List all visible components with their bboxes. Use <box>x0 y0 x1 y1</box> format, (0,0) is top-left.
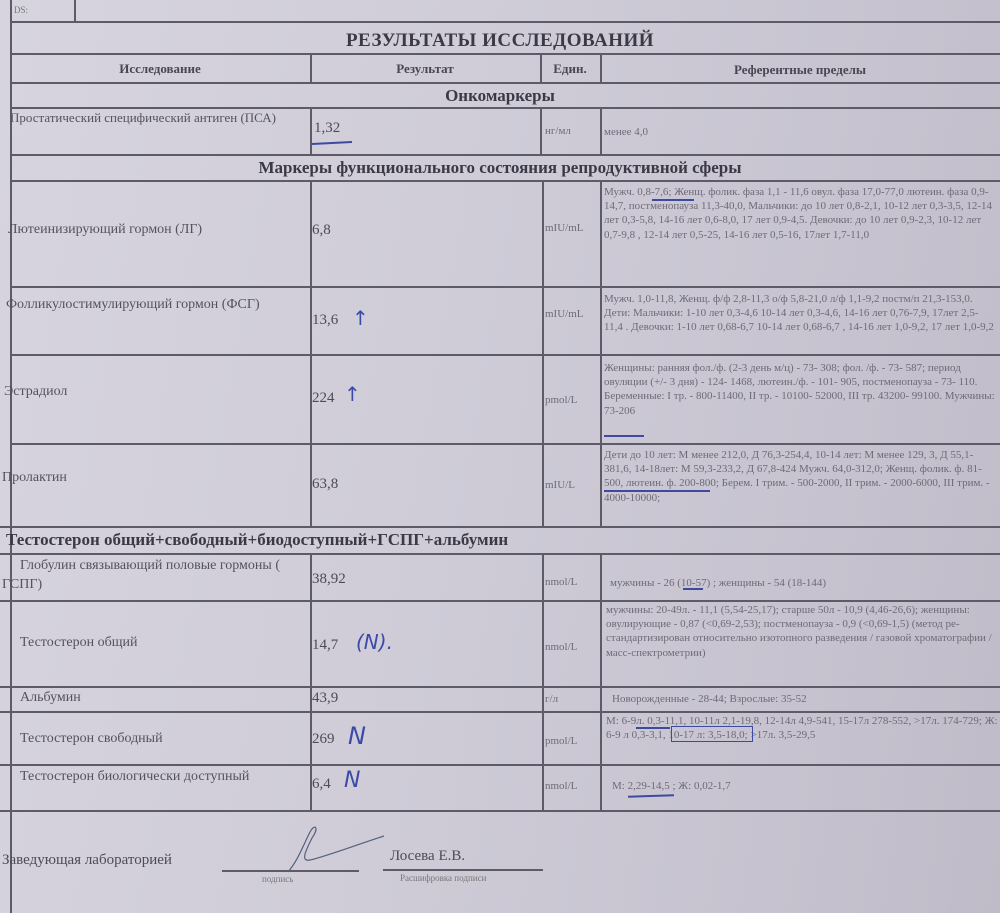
test-result: 63,8 <box>312 476 338 493</box>
test-name: Эстрадиол <box>4 384 67 400</box>
test-name: Тестостерон биологически доступный <box>2 767 292 786</box>
handwritten-signature <box>280 822 390 877</box>
name-caption: Расшифровка подписи <box>400 873 486 883</box>
handwritten-highlight-box <box>671 726 753 742</box>
test-name: Глобулин связывающий половые гормоны ( Г… <box>2 556 292 594</box>
column-header-result: Результат <box>310 61 540 77</box>
column-header-unit: Един. <box>540 61 600 77</box>
section-title-oncomarkers: Онкомаркеры <box>0 86 1000 106</box>
handwritten-up-arrow-mark: ↑ <box>352 306 369 330</box>
test-reference: Женщины: ранняя фол./ф. (2-3 день м/ц) -… <box>604 361 996 418</box>
signature-caption: подпись <box>262 874 293 884</box>
test-unit: nmol/L <box>545 641 577 653</box>
test-name: Тестостерон свободный <box>20 731 163 747</box>
column-header-test: Исследование <box>10 61 310 77</box>
section-title-reproductive: Маркеры функционального состояния репрод… <box>0 158 1000 178</box>
handwritten-normal-mark: (N). <box>356 630 393 654</box>
test-reference: мужчины: 20-49л. - 11,1 (5,54-25,17); ст… <box>606 603 998 660</box>
test-result: 43,9 <box>312 690 338 707</box>
test-unit: pmol/L <box>545 394 577 406</box>
document-title: РЕЗУЛЬТАТЫ ИССЛЕДОВАНИЙ <box>0 30 1000 52</box>
test-unit: нг/мл <box>545 125 571 137</box>
test-name: Тестостерон общий <box>20 635 138 651</box>
handwritten-normal-mark: N <box>348 722 366 750</box>
test-result: 13,6 <box>312 312 338 329</box>
lab-head-name: Лосева Е.В. <box>390 848 465 865</box>
test-result: 14,7 <box>312 637 338 654</box>
handwritten-normal-mark: N <box>344 768 360 793</box>
test-reference: мужчины - 26 (10-57) ; женщины - 54 (18-… <box>610 576 996 590</box>
test-name: Лютеинизирующий гормон (ЛГ) <box>8 222 202 238</box>
test-reference: Мужч. 1,0-11,8, Женщ. ф/ф 2,8-11,3 о/ф 5… <box>604 292 996 335</box>
test-reference: Новорожденные - 28-44; Взрослые: 35-52 <box>612 692 998 706</box>
test-unit: mIU/mL <box>545 308 595 320</box>
test-unit: nmol/L <box>545 576 577 588</box>
test-unit: mIU/mL <box>545 222 595 234</box>
test-result: 6,8 <box>312 222 331 239</box>
document-page: DS: РЕЗУЛЬТАТЫ ИССЛЕДОВАНИЙ Исследование… <box>0 0 1000 913</box>
test-unit: nmol/L <box>545 780 577 792</box>
test-result: 224 <box>312 390 335 407</box>
test-name: Фолликулостимулирующий гормон (ФСГ) <box>6 296 296 314</box>
test-result: 269 <box>312 731 335 748</box>
test-reference: Дети до 10 лет: М менее 212,0, Д 76,3-25… <box>604 448 996 505</box>
test-unit: г/л <box>545 693 558 705</box>
handwritten-up-arrow-mark: ↑ <box>344 382 361 406</box>
section-title-testosterone-panel: Тестостерон общий+свободный+биодоступный… <box>6 530 508 550</box>
test-result: 38,92 <box>312 571 346 588</box>
test-reference: менее 4,0 <box>604 125 994 139</box>
test-result: 6,4 <box>312 776 331 793</box>
test-result: 1,32 <box>314 120 340 137</box>
test-name: Альбумин <box>20 690 81 706</box>
test-name: Простатический специфический антиген (ПС… <box>10 109 300 127</box>
ds-label: DS: <box>14 5 28 15</box>
test-unit: pmol/L <box>545 735 577 747</box>
lab-head-position: Заведующая лабораторией <box>2 852 172 869</box>
test-reference: Мужч. 0,8-7,6; Женщ. фолик. фаза 1,1 - 1… <box>604 185 996 242</box>
test-name: Пролактин <box>2 470 67 486</box>
test-reference: М: 2,29-14,5 ; Ж: 0,02-1,7 <box>612 779 998 793</box>
test-unit: mIU/L <box>545 479 575 491</box>
column-header-reference: Референтные пределы <box>600 62 1000 78</box>
